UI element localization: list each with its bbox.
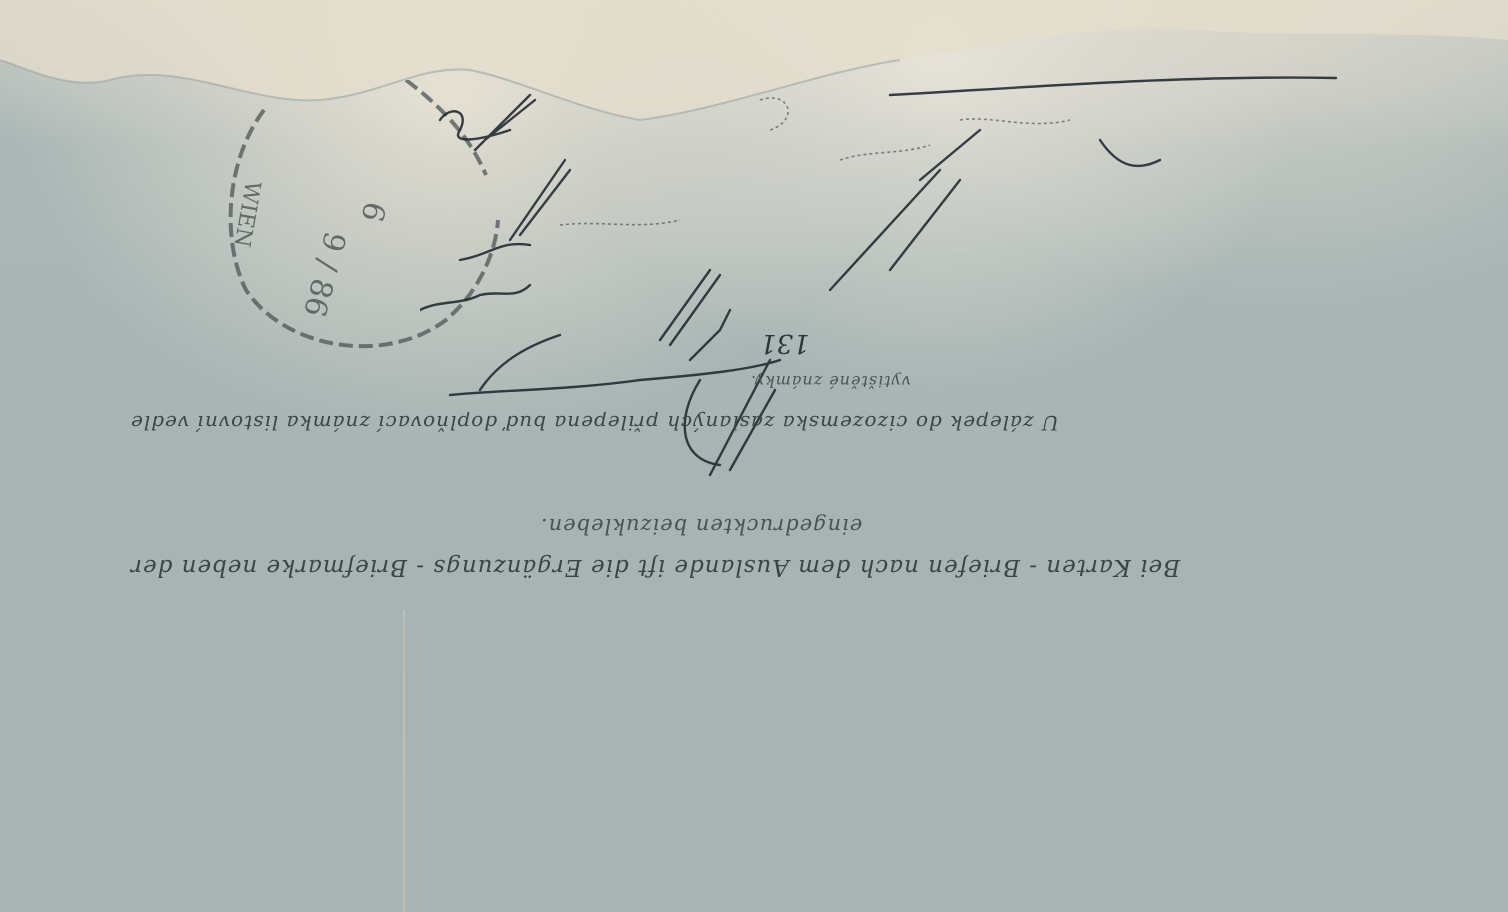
german-line-2: eingedruckten beizukleben. xyxy=(540,514,862,538)
fold-line xyxy=(403,610,405,912)
svg-text:9 / 86: 9 / 86 xyxy=(296,228,352,321)
czech-instructions: U zálepek do cizozemska zaslaných přilep… xyxy=(130,365,1380,435)
german-instructions: Bei Karten - Briefen nach dem Auslande i… xyxy=(130,520,1380,580)
letter-card: 6 9 / 86 WIEN 131 xyxy=(0,0,1508,912)
handwritten-number: 131 xyxy=(760,328,810,358)
czech-line-2: vytištěné známky. xyxy=(750,372,911,391)
czech-line-1: U zálepek do cizozemska zaslaných přilep… xyxy=(130,411,1059,435)
svg-text:6: 6 xyxy=(353,198,392,226)
german-line-1: Bei Karten - Briefen nach dem Auslande i… xyxy=(130,554,1180,580)
